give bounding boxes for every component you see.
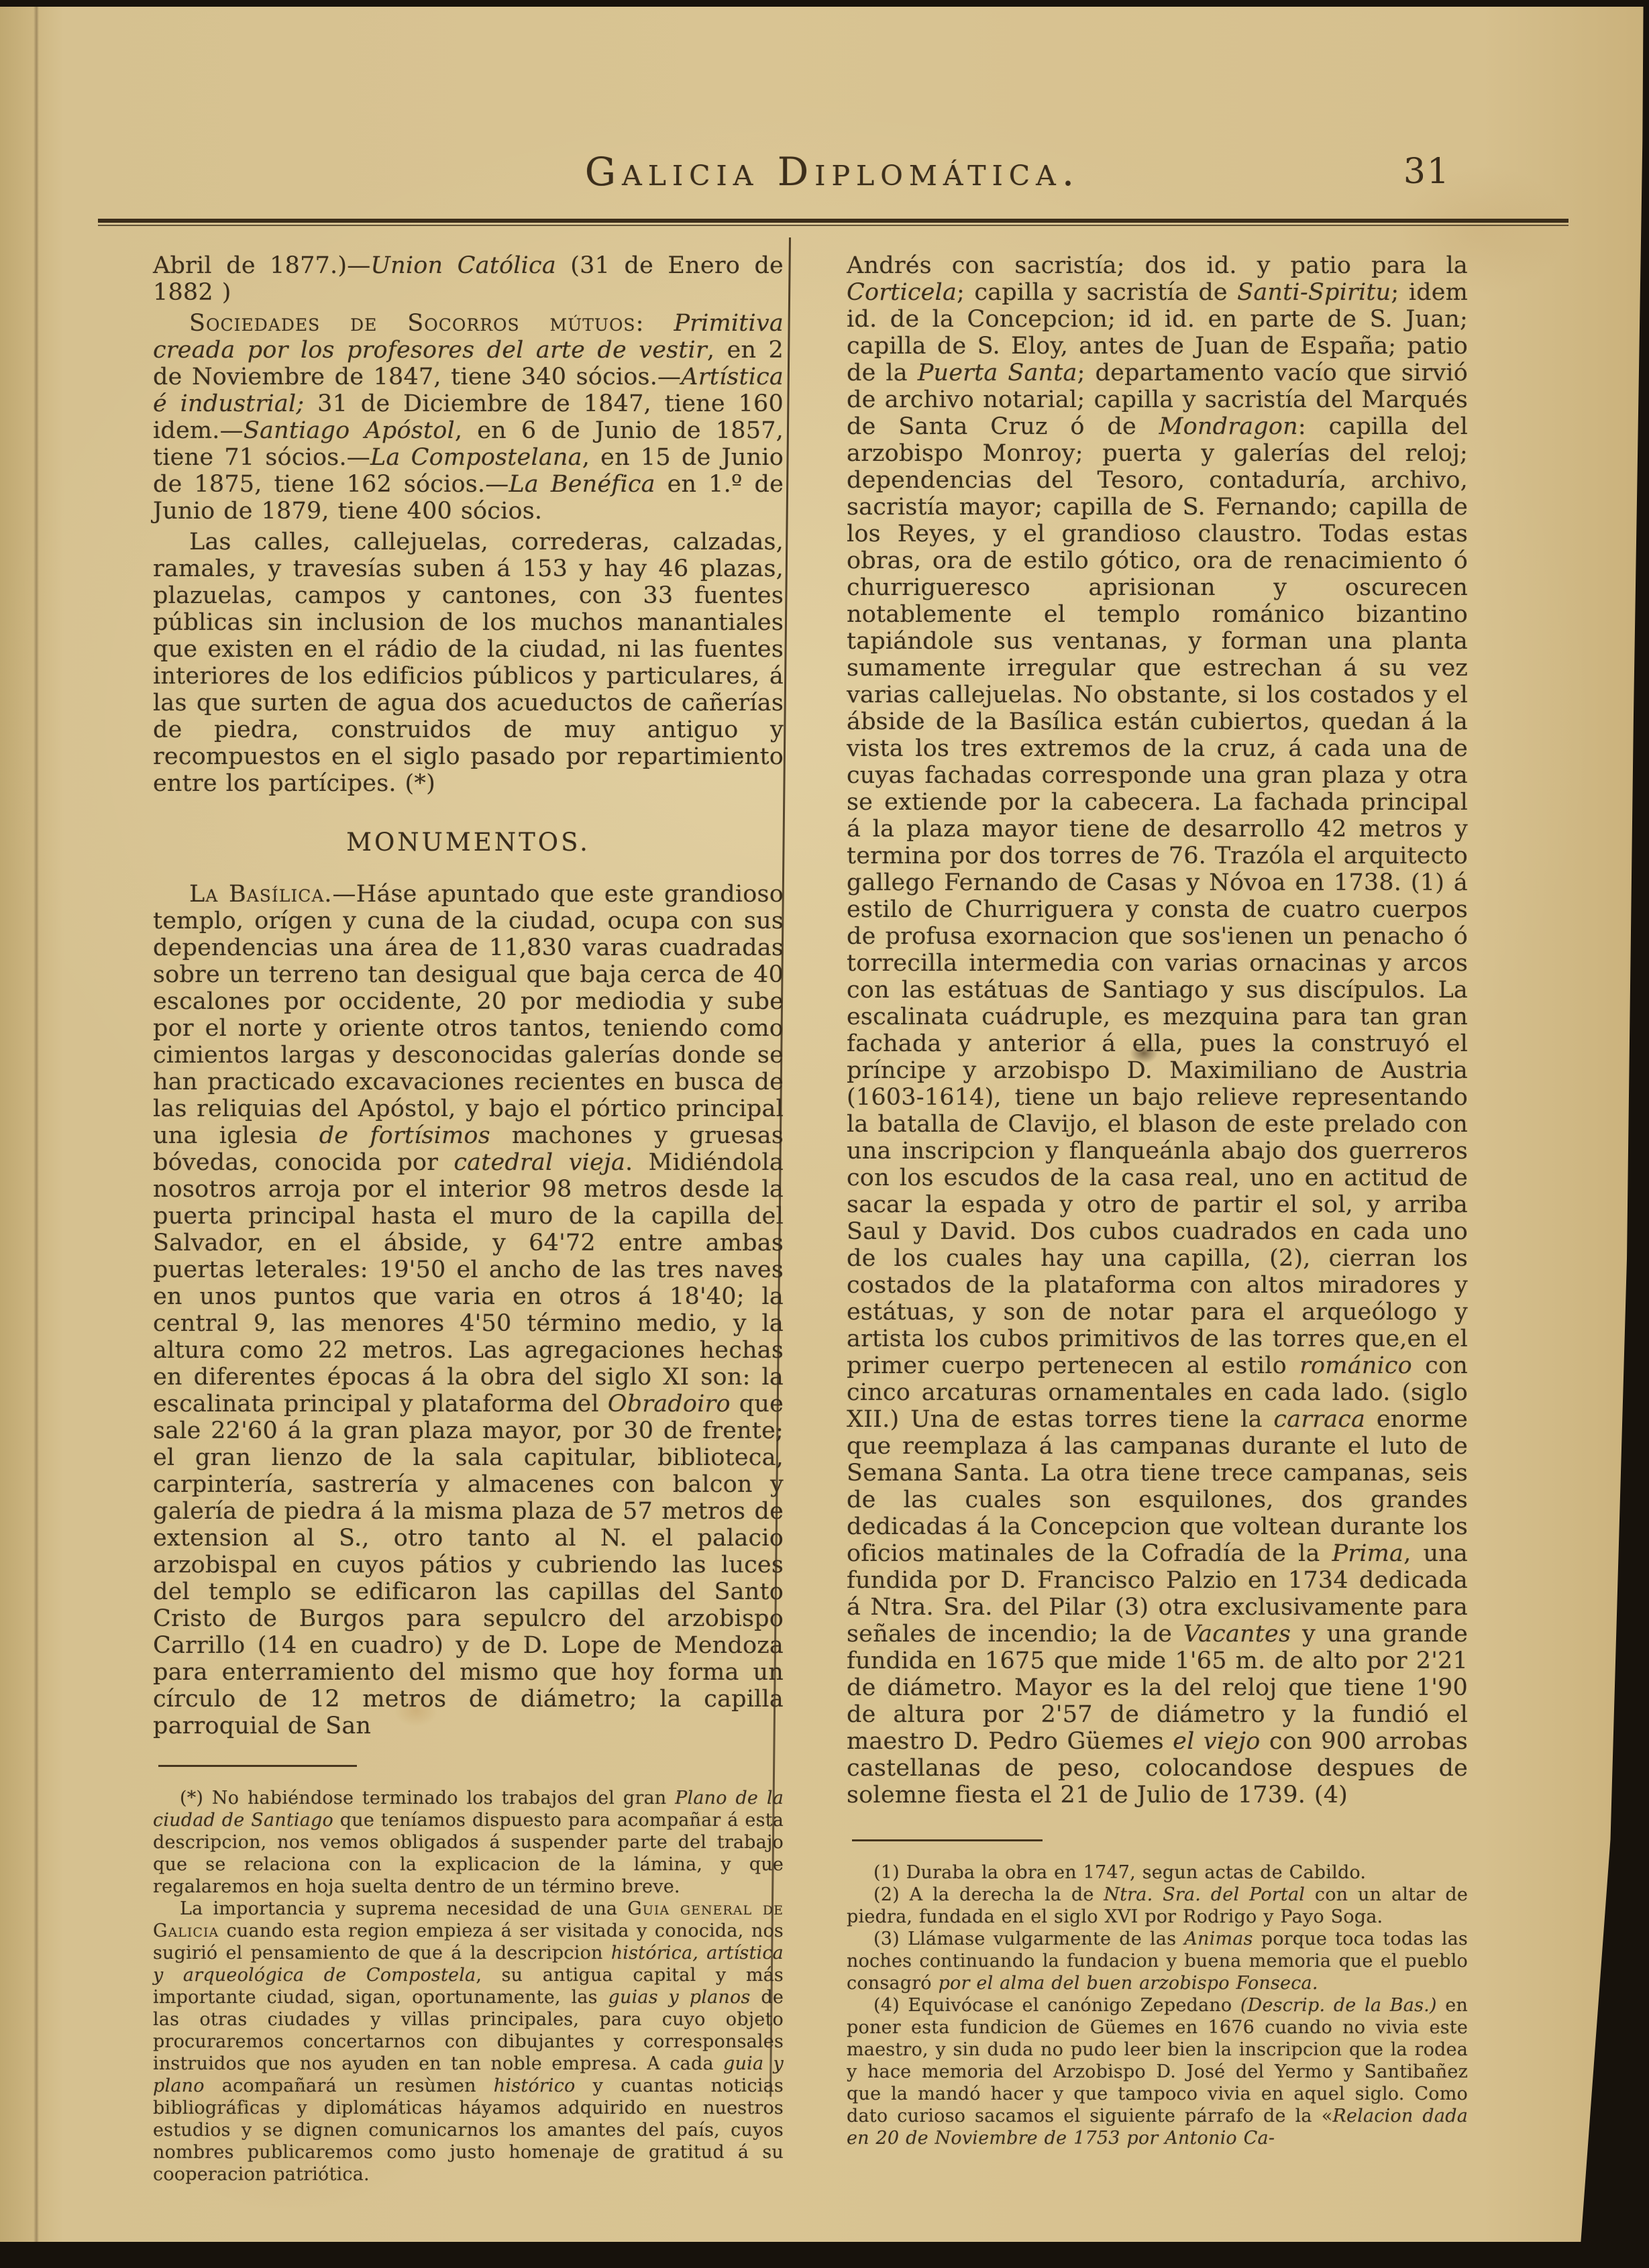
footnote: (3) Llámase vulgarmente de las Animas po… xyxy=(847,1928,1468,1994)
paper-sheet: Galicia Diplomática. 31 Abril de 1877.)—… xyxy=(0,7,1645,2242)
scanned-page: Galicia Diplomática. 31 Abril de 1877.)—… xyxy=(0,0,1649,2268)
footnote: (2) A la derecha la de Ntra. Sra. del Po… xyxy=(847,1884,1468,1928)
paragraph: Sociedades de Socorros mútuos: Primitiva… xyxy=(153,310,784,525)
paragraph: La Basílica.—Háse apuntado que este gran… xyxy=(153,881,784,1739)
page-number: 31 xyxy=(1403,152,1450,192)
paragraph: Abril de 1877.)—Union Católica (31 de En… xyxy=(153,252,784,306)
paragraph: Las calles, callejuelas, correderas, cal… xyxy=(153,529,784,797)
page-header: Galicia Diplomática. 31 xyxy=(101,149,1564,209)
paragraph: Andrés con sacristía; dos id. y patio pa… xyxy=(847,252,1468,1808)
footnote: La importancia y suprema necesidad de un… xyxy=(153,1898,784,2185)
footnote-separator-rule xyxy=(852,1839,1043,1841)
journal-title: Galicia Diplomática. xyxy=(101,149,1564,195)
footnotes-block: (1) Duraba la obra en 1747, segun actas … xyxy=(847,1861,1468,2149)
page-gutter-crease xyxy=(34,7,39,2242)
header-rule xyxy=(98,219,1568,223)
footnote: (1) Duraba la obra en 1747, segun actas … xyxy=(847,1861,1468,1884)
footnote: (4) Equivócase el canónigo Zepedano (Des… xyxy=(847,1994,1468,2149)
footnote-separator-rule xyxy=(158,1765,357,1767)
left-column: Abril de 1877.)—Union Católica (31 de En… xyxy=(153,252,784,2185)
footnotes-block: (*) No habiéndose terminado los trabajos… xyxy=(153,1787,784,2185)
text-columns: Abril de 1877.)—Union Católica (31 de En… xyxy=(153,252,1468,2185)
section-heading: MONUMENTOS. xyxy=(153,828,784,857)
right-column: Andrés con sacristía; dos id. y patio pa… xyxy=(847,252,1468,2185)
footnote: (*) No habiéndose terminado los trabajos… xyxy=(153,1787,784,1898)
